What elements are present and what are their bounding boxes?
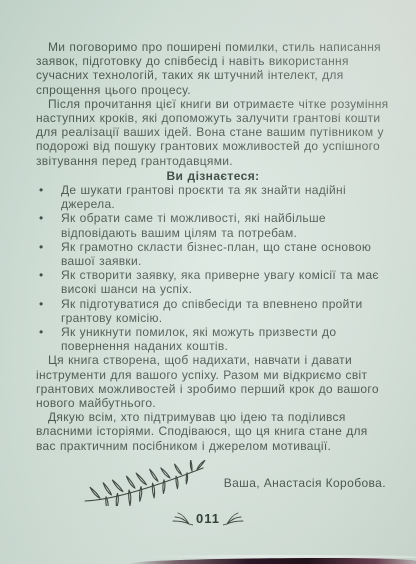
bullet-item: • Як уникнути помилок, які можуть призве… [36,325,390,353]
bullet-item: • Як створити заявку, яка приверне увагу… [36,268,390,296]
grass-ornament-left-icon [171,512,193,526]
bullet-item: • Як підготуватися до співбесіди та впев… [36,297,390,325]
bullet-marker: • [36,211,61,239]
bullet-marker: • [36,325,61,353]
bullet-item: • Де шукати грантові проєкти та як знайт… [36,183,390,211]
bullet-text: Як створити заявку, яка приверне увагу к… [61,268,390,296]
bullet-marker: • [36,297,61,325]
bullet-marker: • [36,268,61,296]
grass-ornament-right-icon [223,512,245,526]
list-heading: Ви дізнаєтеся: [36,169,390,183]
book-page: Ми поговоримо про поширені помилки, стил… [0,0,416,564]
bullet-text: Як уникнути помилок, які можуть призвест… [61,325,390,353]
bullet-item: • Як обрати саме ті можливості, які найб… [36,211,390,239]
closing-paragraph: Ця книга створена, щоб надихати, навчати… [36,353,390,410]
closing-paragraph: Дякую всім, хто підтримував цю ідею та п… [36,410,390,453]
page-number-row: 011 [0,511,416,526]
bullet-text: Як підготуватися до співбесіди та впевне… [61,297,390,325]
bullet-marker: • [36,240,61,268]
intro-paragraph: Ми поговоримо про поширені помилки, стил… [36,40,390,97]
bullet-list: • Де шукати грантові проєкти та як знайт… [36,183,390,353]
bullet-text: Де шукати грантові проєкти та як знайти … [61,183,390,211]
bullet-item: • Як грамотно скласти бізнес-план, що ст… [36,240,390,268]
bullet-text: Як грамотно скласти бізнес-план, що стан… [61,240,390,268]
intro-paragraph: Після прочитання цієї книги ви отримаєте… [36,97,390,168]
page-number: 011 [196,511,220,526]
bullet-text: Як обрати саме ті можливості, які найбіл… [61,211,390,239]
bullet-marker: • [36,183,61,211]
